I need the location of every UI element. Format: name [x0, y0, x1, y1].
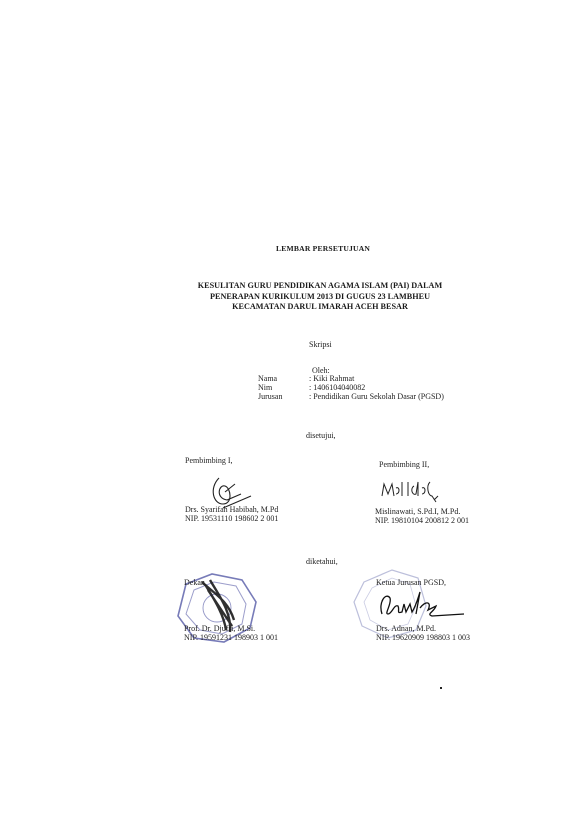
author-nim-row: Nim : 1406104040082 [258, 383, 444, 392]
advisor-2-name: Mislinawati, S.Pd.I, M.Pd. [375, 507, 460, 516]
author-department-row: Jurusan : Pendidikan Guru Sekolah Dasar … [258, 392, 444, 401]
head-of-dept-role: Ketua Jurusan PGSD, [376, 578, 446, 587]
head-of-dept-nip: NIP. 19620909 198803 1 003 [376, 633, 470, 642]
advisor-1-name: Drs. Syarifah Habibah, M.Pd [185, 505, 278, 514]
advisor-1-nip: NIP. 19531110 198602 2 001 [185, 514, 278, 523]
thesis-title-line-2: PENERAPAN KURIKULUM 2013 DI GUGUS 23 LAM… [170, 292, 470, 303]
approved-label: disetujui, [306, 431, 336, 440]
advisor-1-role: Pembimbing I, [185, 456, 233, 465]
thesis-title-line-1: KESULITAN GURU PENDIDIKAN AGAMA ISLAM (P… [170, 281, 470, 292]
page-heading: LEMBAR PERSETUJUAN [276, 244, 370, 253]
scan-speck [440, 687, 442, 689]
advisor-2-signature [380, 478, 440, 504]
field-value: : Pendidikan Guru Sekolah Dasar (PGSD) [309, 392, 444, 401]
dean-role: Dekan, [184, 578, 207, 587]
head-of-dept-name: Drs. Adnan, M.Pd. [376, 624, 436, 633]
acknowledged-label: diketahui, [306, 557, 338, 566]
dean-name: Prof. Dr. Djufri, M.Si. [184, 624, 255, 633]
advisor-2-role: Pembimbing II, [379, 460, 429, 469]
head-of-dept-signature [376, 588, 466, 622]
advisor-2-nip: NIP. 19810104 200812 2 001 [375, 516, 469, 525]
field-label: Nama [258, 374, 309, 383]
document-type: Skripsi [309, 340, 332, 349]
thesis-title-line-3: KECAMATAN DARUL IMARAH ACEH BESAR [170, 302, 470, 313]
field-value: : 1406104040082 [309, 383, 365, 392]
field-value: : Kiki Rahmat [309, 374, 354, 383]
author-name-row: Nama : Kiki Rahmat [258, 374, 444, 383]
author-info: Nama : Kiki Rahmat Nim : 1406104040082 J… [258, 374, 444, 401]
thesis-title: KESULITAN GURU PENDIDIKAN AGAMA ISLAM (P… [170, 281, 470, 313]
field-label: Jurusan [258, 392, 309, 401]
field-label: Nim [258, 383, 309, 392]
dean-nip: NIP. 19591231 198903 1 001 [184, 633, 278, 642]
